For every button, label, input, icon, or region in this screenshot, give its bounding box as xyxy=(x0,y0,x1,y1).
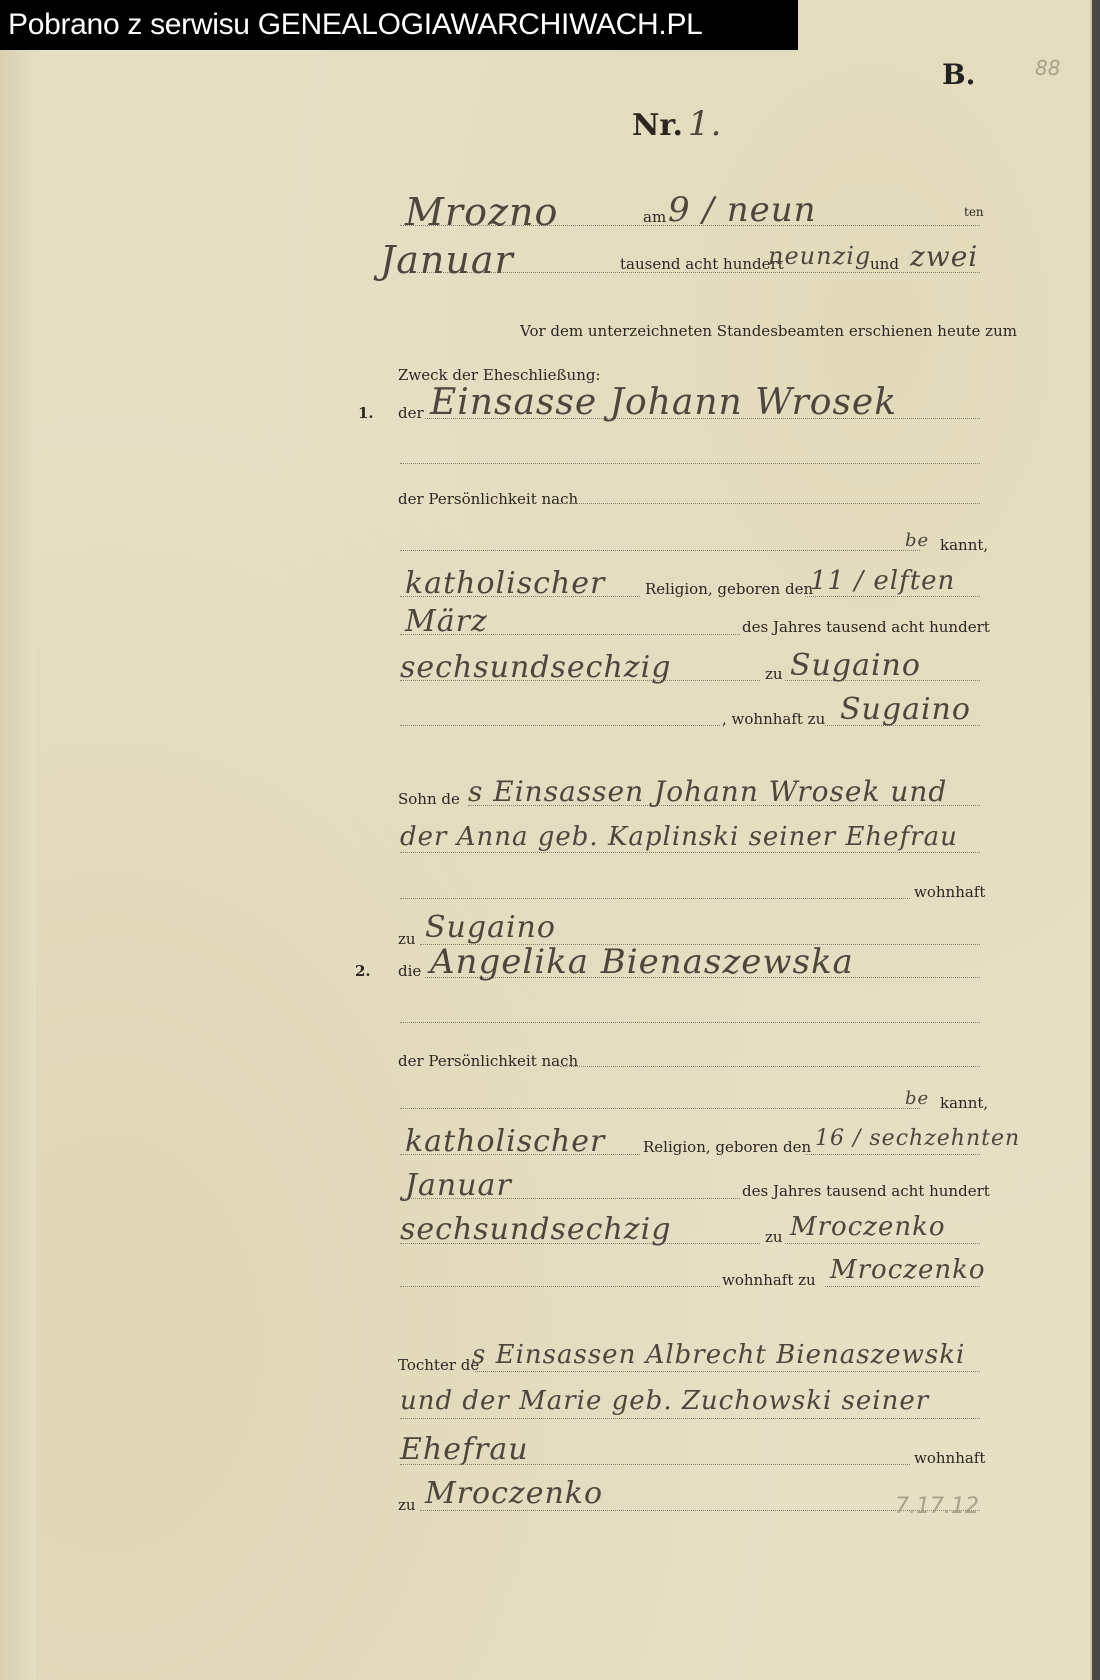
bride-birth-place: Mroczenko xyxy=(790,1212,946,1242)
section-letter: B. xyxy=(942,58,975,91)
bride-mother: und der Marie geb. Zuchowski seiner xyxy=(400,1386,929,1416)
bride-birth-day: 16 / sechzehnten xyxy=(815,1126,1020,1151)
bride-mother-cont: Ehefrau xyxy=(400,1432,529,1467)
groom-mother: der Anna geb. Kaplinski seiner Ehefrau xyxy=(400,822,958,852)
bride-parents-residence-label: wohnhaft xyxy=(914,1449,985,1467)
bride-birth-month: Januar xyxy=(405,1168,512,1203)
page-binding-edge xyxy=(0,0,36,1680)
dotted-rule xyxy=(400,725,720,726)
bride-zu: zu xyxy=(765,1228,783,1246)
groom-birth-month: März xyxy=(405,604,488,639)
intro-line-1: Vor dem unterzeichneten Standesbeamten e… xyxy=(520,322,1017,340)
groom-article: der xyxy=(398,404,424,422)
bride-birth-year: sechsundsechzig xyxy=(400,1212,671,1247)
groom-residence: Sugaino xyxy=(840,692,971,727)
bride-identity-label: der Persönlichkeit nach xyxy=(398,1052,578,1070)
label-year-prefix: tausend acht hundert xyxy=(620,255,784,273)
groom-year-label: des Jahres tausend acht hundert xyxy=(742,618,990,636)
groom-identity-label: der Persönlichkeit nach xyxy=(398,490,578,508)
bride-parents-label: Tochter de xyxy=(398,1356,479,1374)
bride-religion: katholischer xyxy=(405,1124,605,1159)
groom-birth-day: 11 / elften xyxy=(810,566,955,596)
dotted-rule xyxy=(560,1066,980,1067)
groom-father: s Einsassen Johann Wrosek und xyxy=(468,775,947,808)
record-label: Nr. xyxy=(632,108,683,143)
label-am: am xyxy=(643,208,666,226)
groom-known-suffix: kannt, xyxy=(940,536,988,554)
record-number: 1. xyxy=(688,104,722,144)
bride-known-prefix: be xyxy=(905,1088,929,1109)
bride-religion-label: Religion, geboren den xyxy=(643,1138,811,1156)
bride-residence: Mroczenko xyxy=(830,1255,986,1285)
dotted-rule xyxy=(785,1243,980,1244)
dotted-rule xyxy=(400,852,980,853)
dotted-rule xyxy=(805,1154,980,1155)
bride-residence-label: wohnhaft zu xyxy=(722,1271,816,1289)
groom-zu: zu xyxy=(765,665,783,683)
dotted-rule xyxy=(400,1022,980,1023)
dotted-rule xyxy=(825,1286,980,1287)
groom-name: Einsasse Johann Wrosek xyxy=(430,382,897,423)
dotted-rule xyxy=(400,1286,720,1287)
label-ten: ten xyxy=(964,205,984,219)
bride-year-label: des Jahres tausend acht hundert xyxy=(742,1182,990,1200)
bride-article: die xyxy=(398,962,421,980)
dotted-rule xyxy=(400,1418,980,1419)
groom-parents-residence: Sugaino xyxy=(425,910,556,945)
groom-birth-place: Sugaino xyxy=(790,648,921,683)
groom-residence-label: , wohnhaft zu xyxy=(722,710,825,728)
record-year-tens: neunzig xyxy=(768,242,871,270)
groom-birth-year: sechsundsechzig xyxy=(400,650,671,685)
place-of-record: Mrozno xyxy=(405,190,558,234)
groom-parents-residence-label: wohnhaft xyxy=(914,883,985,901)
groom-religion: katholischer xyxy=(405,566,605,601)
dotted-rule xyxy=(400,1108,920,1109)
bride-parents-residence: Mroczenko xyxy=(425,1476,603,1511)
label-und: und xyxy=(870,255,899,273)
groom-religion-label: Religion, geboren den xyxy=(645,580,813,598)
dotted-rule xyxy=(805,596,980,597)
groom-number: 1. xyxy=(358,404,374,422)
bride-parents-residence-zu: zu xyxy=(398,1496,416,1514)
bride-number: 2. xyxy=(355,962,371,980)
dotted-rule xyxy=(475,1371,980,1372)
record-month: Januar xyxy=(380,238,514,282)
dotted-rule xyxy=(400,550,920,551)
record-year-units: zwei xyxy=(910,240,978,273)
dotted-rule xyxy=(560,503,980,504)
watermark-banner: Pobrano z serwisu GENEALOGIAWARCHIWACH.P… xyxy=(0,0,798,50)
groom-parents-residence-zu: zu xyxy=(398,930,416,948)
bride-known-suffix: kannt, xyxy=(940,1094,988,1112)
groom-known-prefix: be xyxy=(905,530,929,551)
bride-name: Angelika Bienaszewska xyxy=(430,942,854,982)
dotted-rule xyxy=(400,463,980,464)
archive-pencil-note: 7.17.12 xyxy=(895,1494,979,1519)
bride-father: s Einsassen Albrecht Bienaszewski xyxy=(472,1340,965,1370)
record-day: 9 / neun xyxy=(668,190,817,230)
groom-parents-label: Sohn de xyxy=(398,790,460,808)
dotted-rule xyxy=(400,898,910,899)
page-number-pencil: 88 xyxy=(1035,56,1060,80)
